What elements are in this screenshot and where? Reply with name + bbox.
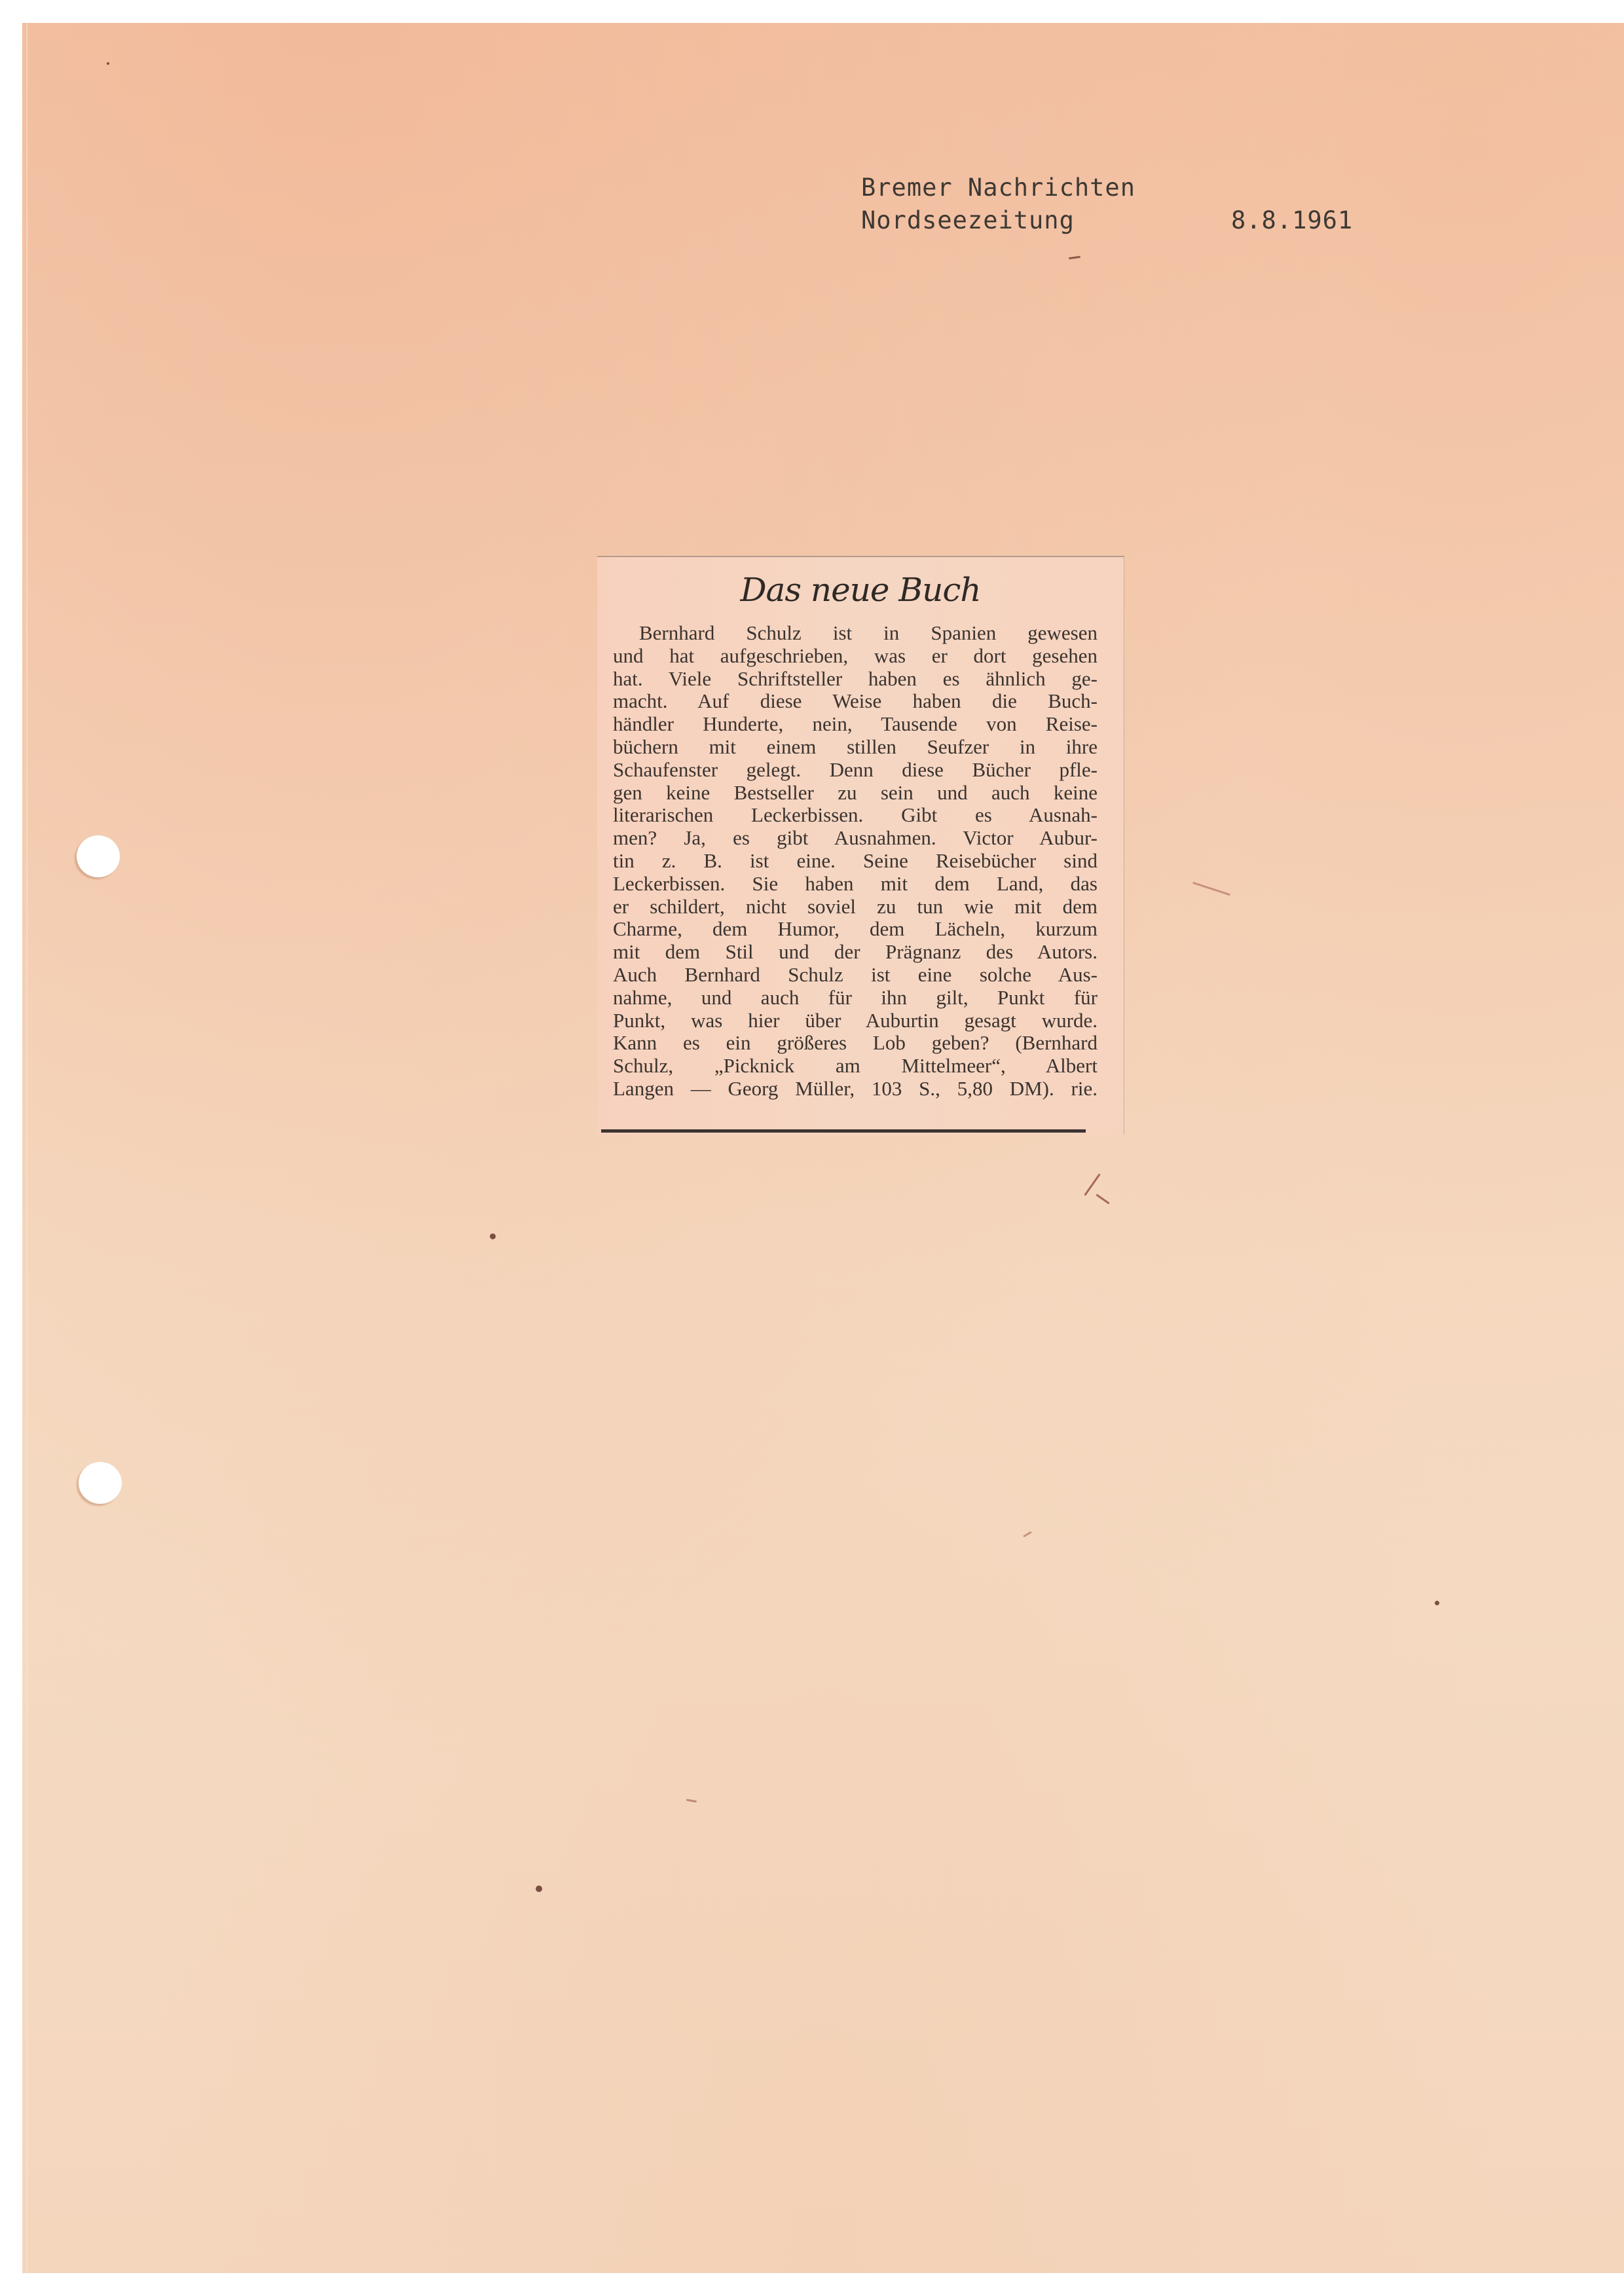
archive-sheet	[22, 23, 1624, 2273]
paper-speck	[107, 62, 109, 65]
clipping-text-line: Punkt, was hier über Auburtin gesagt wur…	[613, 1010, 1098, 1032]
clipping-text-line: macht. Auf diese Weise haben die Buch-	[613, 690, 1098, 713]
clipping-text-line: Langen — Georg Müller, 103 S., 5,80 DM).…	[613, 1078, 1098, 1101]
sheet-edge	[26, 23, 28, 2273]
clipping-text-line: men? Ja, es gibt Ausnahmen. Victor Aubur…	[613, 827, 1098, 850]
clipping-text-line: literarischen Leckerbissen. Gibt es Ausn…	[613, 804, 1098, 827]
clipping-text-line: Schaufenster gelegt. Denn diese Bücher p…	[613, 759, 1098, 782]
clipping-text-line: gen keine Bestseller zu sein und auch ke…	[613, 782, 1098, 805]
clipping-title: Das neue Buch	[597, 570, 1124, 610]
clipping-text-line: hat. Viele Schriftsteller haben es ähnli…	[613, 668, 1098, 691]
clipping-text-line: Charme, dem Humor, dem Lächeln, kurzum	[613, 918, 1098, 941]
clipping-text-line: Bernhard Schulz ist in Spanien gewesen	[613, 622, 1098, 645]
clipping-text-line: mit dem Stil und der Prägnanz des Autors…	[613, 941, 1098, 964]
clipping-text-line: Kann es ein größeres Lob geben? (Bernhar…	[613, 1032, 1098, 1055]
clipping-text-line: tin z. B. ist eine. Seine Reisebücher si…	[613, 850, 1098, 873]
clipping-text-line: händler Hunderte, nein, Tausende von Rei…	[613, 713, 1098, 736]
clipping-text-line: er schildert, nicht soviel zu tun wie mi…	[613, 896, 1098, 919]
source-name-secondary: Nordseezeitung	[861, 204, 1135, 237]
clipping-text-line: nahme, und auch für ihn gilt, Punkt für	[613, 987, 1098, 1010]
clipping-body: Bernhard Schulz ist in Spanien gewesenun…	[613, 622, 1098, 1101]
paper-speck	[1435, 1601, 1439, 1605]
punch-hole-bottom	[79, 1462, 122, 1504]
source-header: Bremer Nachrichten Nordseezeitung	[861, 172, 1135, 237]
clipping-text-line: Leckerbissen. Sie haben mit dem Land, da…	[613, 873, 1098, 896]
punch-hole-top	[77, 835, 120, 877]
paper-speck	[490, 1233, 496, 1239]
clipping-text-line: und hat aufgeschrieben, was er dort gese…	[613, 645, 1098, 668]
newspaper-clipping: Das neue Buch Bernhard Schulz ist in Spa…	[597, 556, 1124, 1135]
clipping-bottom-rule	[601, 1129, 1086, 1133]
clipping-text-line: Auch Bernhard Schulz ist eine solche Aus…	[613, 964, 1098, 987]
source-name-primary: Bremer Nachrichten	[861, 172, 1135, 204]
clipping-text-line: büchern mit einem stillen Seufzer in ihr…	[613, 736, 1098, 759]
paper-speck	[536, 1886, 542, 1892]
publication-date: 8.8.1961	[1231, 204, 1353, 237]
clipping-text-line: Schulz, „Picknick am Mittelmeer“, Albert	[613, 1055, 1098, 1078]
